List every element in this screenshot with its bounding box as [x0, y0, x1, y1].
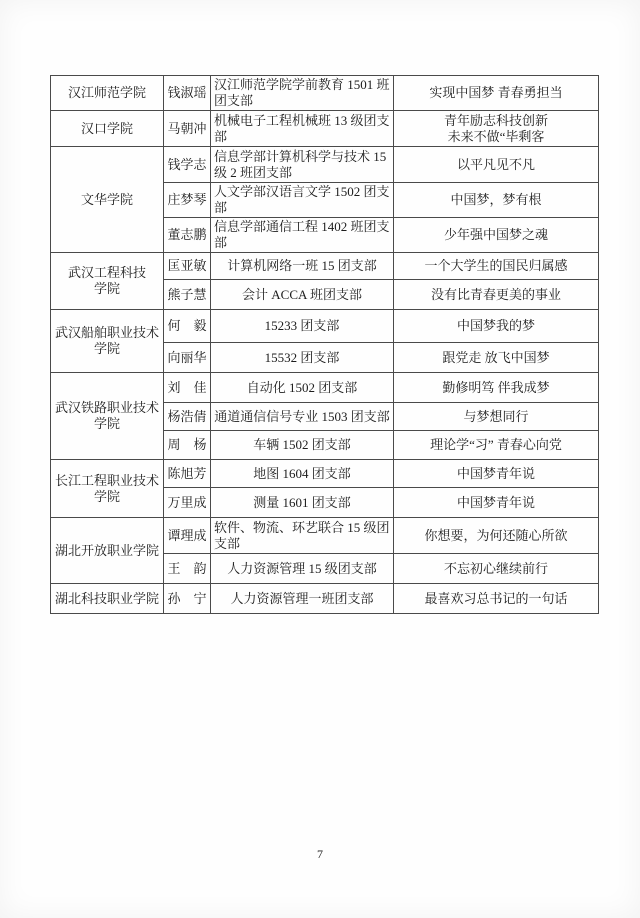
slogan-cell: 跟党走 放飞中国梦 [394, 343, 599, 373]
table-row: 汉江师范学院 钱淑瑶 汉江师范学院学前教育 1501 班 团支部 实现中国梦 青… [51, 76, 599, 111]
branch-cell: 软件、物流、环艺联合 15 级团 支部 [211, 518, 394, 554]
branch-cell: 机械电子工程机械班 13 级团支 部 [211, 111, 394, 147]
name-cell: 孙 宁 [164, 584, 211, 614]
branch-cell: 15233 团支部 [211, 310, 394, 343]
school-cell: 文华学院 [51, 147, 164, 253]
slogan-cell: 与梦想同行 [394, 403, 599, 431]
name-cell: 杨浩倩 [164, 403, 211, 431]
school-cell: 汉江师范学院 [51, 76, 164, 111]
name-cell: 陈旭芳 [164, 460, 211, 488]
branch-cell: 车辆 1502 团支部 [211, 431, 394, 460]
school-cell: 长江工程职业技术 学院 [51, 460, 164, 518]
name-cell: 谭理成 [164, 518, 211, 554]
table-row: 文华学院 钱学志 信息学部计算机科学与技术 15 级 2 班团支部 以平凡见不凡 [51, 147, 599, 183]
slogan-cell: 中国梦，梦有根 [394, 183, 599, 218]
slogan-cell: 没有比青春更美的事业 [394, 280, 599, 310]
slogan-cell: 青年励志科技创新 未来不做“毕剩客 [394, 111, 599, 147]
name-cell: 钱淑瑶 [164, 76, 211, 111]
branch-cell: 信息学部计算机科学与技术 15 级 2 班团支部 [211, 147, 394, 183]
name-cell: 向丽华 [164, 343, 211, 373]
slogan-cell: 理论学“习” 青春心向党 [394, 431, 599, 460]
table-row: 汉口学院 马朝冲 机械电子工程机械班 13 级团支 部 青年励志科技创新 未来不… [51, 111, 599, 147]
name-cell: 熊子慧 [164, 280, 211, 310]
roster-table: 汉江师范学院 钱淑瑶 汉江师范学院学前教育 1501 班 团支部 实现中国梦 青… [50, 75, 599, 614]
name-cell: 马朝冲 [164, 111, 211, 147]
school-cell: 武汉工程科技 学院 [51, 253, 164, 310]
slogan-cell: 以平凡见不凡 [394, 147, 599, 183]
slogan-cell: 最喜欢习总书记的一句话 [394, 584, 599, 614]
school-cell: 湖北开放职业学院 [51, 518, 164, 584]
name-cell: 钱学志 [164, 147, 211, 183]
name-cell: 王 韵 [164, 554, 211, 584]
table-row: 武汉工程科技 学院 匡亚敏 计算机网络一班 15 团支部 一个大学生的国民归属感 [51, 253, 599, 280]
name-cell: 匡亚敏 [164, 253, 211, 280]
branch-cell: 人力资源管理 15 级团支部 [211, 554, 394, 584]
name-cell: 何 毅 [164, 310, 211, 343]
branch-cell: 人力资源管理一班团支部 [211, 584, 394, 614]
slogan-cell: 中国梦我的梦 [394, 310, 599, 343]
branch-cell: 自动化 1502 团支部 [211, 373, 394, 403]
school-cell: 湖北科技职业学院 [51, 584, 164, 614]
slogan-cell: 少年强中国梦之魂 [394, 218, 599, 253]
name-cell: 周 杨 [164, 431, 211, 460]
slogan-cell: 你想要，为何还随心所欲 [394, 518, 599, 554]
slogan-cell: 勤修明笃 伴我成梦 [394, 373, 599, 403]
slogan-cell: 实现中国梦 青春勇担当 [394, 76, 599, 111]
table-row: 湖北开放职业学院 谭理成 软件、物流、环艺联合 15 级团 支部 你想要，为何还… [51, 518, 599, 554]
name-cell: 万里成 [164, 488, 211, 518]
branch-cell: 汉江师范学院学前教育 1501 班 团支部 [211, 76, 394, 111]
page-number: 7 [0, 847, 640, 862]
document-page: 汉江师范学院 钱淑瑶 汉江师范学院学前教育 1501 班 团支部 实现中国梦 青… [0, 0, 640, 918]
table-row: 武汉船舶职业技术 学院 何 毅 15233 团支部 中国梦我的梦 [51, 310, 599, 343]
school-cell: 武汉船舶职业技术 学院 [51, 310, 164, 373]
table-row: 武汉铁路职业技术 学院 刘 佳 自动化 1502 团支部 勤修明笃 伴我成梦 [51, 373, 599, 403]
table-row: 湖北科技职业学院 孙 宁 人力资源管理一班团支部 最喜欢习总书记的一句话 [51, 584, 599, 614]
branch-cell: 15532 团支部 [211, 343, 394, 373]
slogan-cell: 中国梦青年说 [394, 488, 599, 518]
branch-cell: 计算机网络一班 15 团支部 [211, 253, 394, 280]
branch-cell: 会计 ACCA 班团支部 [211, 280, 394, 310]
name-cell: 刘 佳 [164, 373, 211, 403]
name-cell: 董志鹏 [164, 218, 211, 253]
name-cell: 庄梦琴 [164, 183, 211, 218]
branch-cell: 人文学部汉语言文学 1502 团支 部 [211, 183, 394, 218]
branch-cell: 地图 1604 团支部 [211, 460, 394, 488]
branch-cell: 信息学部通信工程 1402 班团支 部 [211, 218, 394, 253]
branch-cell: 测量 1601 团支部 [211, 488, 394, 518]
slogan-cell: 一个大学生的国民归属感 [394, 253, 599, 280]
school-cell: 汉口学院 [51, 111, 164, 147]
table-row: 长江工程职业技术 学院 陈旭芳 地图 1604 团支部 中国梦青年说 [51, 460, 599, 488]
slogan-cell: 不忘初心继续前行 [394, 554, 599, 584]
branch-cell: 通道通信信号专业 1503 团支部 [211, 403, 394, 431]
slogan-cell: 中国梦青年说 [394, 460, 599, 488]
school-cell: 武汉铁路职业技术 学院 [51, 373, 164, 460]
